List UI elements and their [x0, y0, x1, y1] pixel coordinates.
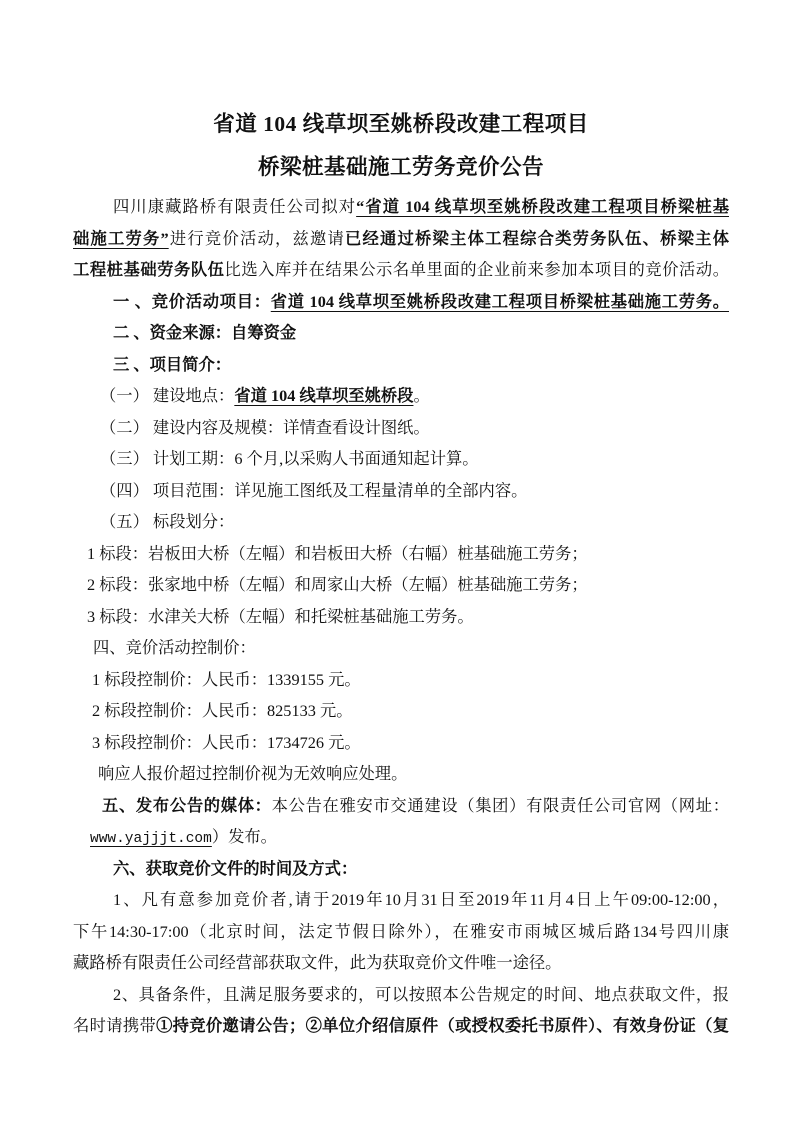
text-segment: 进行竞价活动，兹邀请 — [169, 229, 345, 248]
document-title-line-1: 省道 104 线草坝至姚桥段改建工程项目 — [73, 108, 729, 140]
text-segment: 名时请携带 — [73, 1016, 156, 1035]
text-segment: （一） 建设地点： — [100, 386, 234, 405]
document-line: 六、获取竞价文件的时间及方式： — [113, 853, 729, 885]
text-segment: 1 标段：岩板田大桥（左幅）和岩板田大桥（右幅）桩基础施工劳务； — [87, 544, 588, 563]
text-segment: 四川康藏路桥有限责任公司拟对 — [113, 197, 356, 216]
text-segment: （二） 建设内容及规模：详情查看设计图纸。 — [100, 418, 430, 437]
text-segment: 础施工劳务” — [73, 229, 169, 248]
document-line: 二 、资金来源：自筹资金 — [113, 317, 729, 349]
document-line: 一 、竞价活动项目：省道 104 线草坝至姚桥段改建工程项目桥梁桩基础施工劳务。 — [113, 286, 729, 318]
document-line: 2 标段控制价：人民币：825133 元。 — [92, 695, 729, 727]
text-segment: 1 标段控制价：人民币：1339155 元。 — [92, 670, 361, 689]
text-segment: ①持竞价邀请公告；②单位介绍信原件（或授权委托书原件）、有效身份证（复 — [156, 1016, 729, 1035]
document-line: 四川康藏路桥有限责任公司拟对“省道 104 线草坝至姚桥段改建工程项目桥梁桩基 — [113, 191, 729, 223]
text-segment: 省道 104 线草坝至姚桥段改建工程项目桥梁桩基础施工劳务。 — [271, 292, 729, 311]
document-line: www.yajjjt.com）发布。 — [90, 821, 729, 853]
text-segment: （五） 标段划分： — [100, 512, 234, 531]
text-segment: 响应人报价超过控制价视为无效响应处理。 — [98, 764, 407, 783]
text-segment: 。 — [413, 386, 429, 405]
document-line: 四、竞价活动控制价： — [93, 632, 729, 664]
document-line: 1 标段：岩板田大桥（左幅）和岩板田大桥（右幅）桩基础施工劳务； — [87, 538, 729, 570]
text-segment: 已经通过桥梁主体工程综合类劳务队伍、桥梁主体 — [345, 229, 729, 248]
text-segment: 3 标段控制价：人民币：1734726 元。 — [92, 733, 361, 752]
text-segment: 1、凡有意参加竞价者,请于2019年10月31日至2019年11月4日上午09:… — [113, 890, 729, 909]
document-line: 1、凡有意参加竞价者,请于2019年10月31日至2019年11月4日上午09:… — [113, 884, 729, 916]
text-segment: 省道 104 线草坝至姚桥段 — [234, 386, 413, 405]
text-segment: 2、具备条件，且满足服务要求的，可以按照本公告规定的时间、地点获取文件，报 — [113, 985, 729, 1004]
document-line: 下午14:30-17:00（北京时间，法定节假日除外），在雅安市雨城区城后路13… — [73, 916, 729, 948]
document-line: 工程桩基础劳务队伍比选入库并在结果公示名单里面的企业前来参加本项目的竞价活动。 — [73, 254, 729, 286]
document-line: 响应人报价超过控制价视为无效响应处理。 — [98, 758, 729, 790]
text-segment: 一 、竞价活动项目： — [113, 292, 271, 311]
document-line: 三 、项目简介： — [113, 349, 729, 381]
text-segment: 3 标段：水津关大桥（左幅）和托梁桩基础施工劳务。 — [87, 607, 474, 626]
text-segment: 三 、项目简介： — [113, 355, 231, 374]
text-segment: 五、发布公告的媒体： — [102, 796, 272, 815]
text-segment: （四） 项目范围：详见施工图纸及工程量清单的全部内容。 — [100, 481, 527, 500]
text-segment: 藏路桥有限责任公司经营部获取文件，此为获取竞价文件唯一途径。 — [73, 953, 561, 972]
text-segment: “省道 104 线草坝至姚桥段改建工程项目桥梁桩基 — [356, 197, 729, 216]
document-line: （四） 项目范围：详见施工图纸及工程量清单的全部内容。 — [100, 475, 729, 507]
document-line: （三） 计划工期：6 个月,以采购人书面通知起计算。 — [100, 443, 729, 475]
website-link[interactable]: www.yajjjt.com — [90, 831, 212, 847]
text-segment: 二 、资金来源：自筹资金 — [113, 323, 296, 342]
document-line: （一） 建设地点：省道 104 线草坝至姚桥段。 — [100, 380, 729, 412]
document-title-line-2: 桥梁桩基础施工劳务竞价公告 — [73, 151, 729, 183]
document-line: 2、具备条件，且满足服务要求的，可以按照本公告规定的时间、地点获取文件，报 — [113, 979, 729, 1011]
document-line: 1 标段控制价：人民币：1339155 元。 — [92, 664, 729, 696]
text-segment: 下午14:30-17:00（北京时间，法定节假日除外），在雅安市雨城区城后路13… — [73, 922, 729, 941]
document-line: 3 标段：水津关大桥（左幅）和托梁桩基础施工劳务。 — [87, 601, 729, 633]
document-line: 3 标段控制价：人民币：1734726 元。 — [92, 727, 729, 759]
document-line: 2 标段：张家地中桥（左幅）和周家山大桥（左幅）桩基础施工劳务； — [87, 569, 729, 601]
document-line: 名时请携带①持竞价邀请公告；②单位介绍信原件（或授权委托书原件）、有效身份证（复 — [73, 1010, 729, 1042]
document-line: 五、发布公告的媒体：本公告在雅安市交通建设（集团）有限责任公司官网（网址： — [102, 790, 729, 822]
document-line: （五） 标段划分： — [100, 506, 729, 538]
text-segment: 本公告在雅安市交通建设（集团）有限责任公司官网（网址： — [272, 796, 729, 815]
text-segment: 工程桩基础劳务队伍 — [73, 260, 225, 279]
text-segment: 比选入库并在结果公示名单里面的企业前来参加本项目的竞价活动。 — [225, 260, 729, 279]
document-content: 省道 104 线草坝至姚桥段改建工程项目 桥梁桩基础施工劳务竞价公告 四川康藏路… — [73, 0, 729, 1131]
document-page: 省道 104 线草坝至姚桥段改建工程项目 桥梁桩基础施工劳务竞价公告 四川康藏路… — [0, 0, 800, 1131]
text-segment: （三） 计划工期：6 个月,以采购人书面通知起计算。 — [100, 449, 479, 468]
document-line: 藏路桥有限责任公司经营部获取文件，此为获取竞价文件唯一途径。 — [73, 947, 729, 979]
text-segment: 四、竞价活动控制价： — [93, 638, 256, 657]
text-segment: 2 标段：张家地中桥（左幅）和周家山大桥（左幅）桩基础施工劳务； — [87, 575, 588, 594]
document-line: （二） 建设内容及规模：详情查看设计图纸。 — [100, 412, 729, 444]
text-segment: 六、获取竞价文件的时间及方式： — [113, 859, 357, 878]
text-segment: 2 标段控制价：人民币：825133 元。 — [92, 701, 353, 720]
text-segment: ）发布。 — [212, 827, 277, 846]
document-line: 础施工劳务”进行竞价活动，兹邀请已经通过桥梁主体工程综合类劳务队伍、桥梁主体 — [73, 223, 729, 255]
